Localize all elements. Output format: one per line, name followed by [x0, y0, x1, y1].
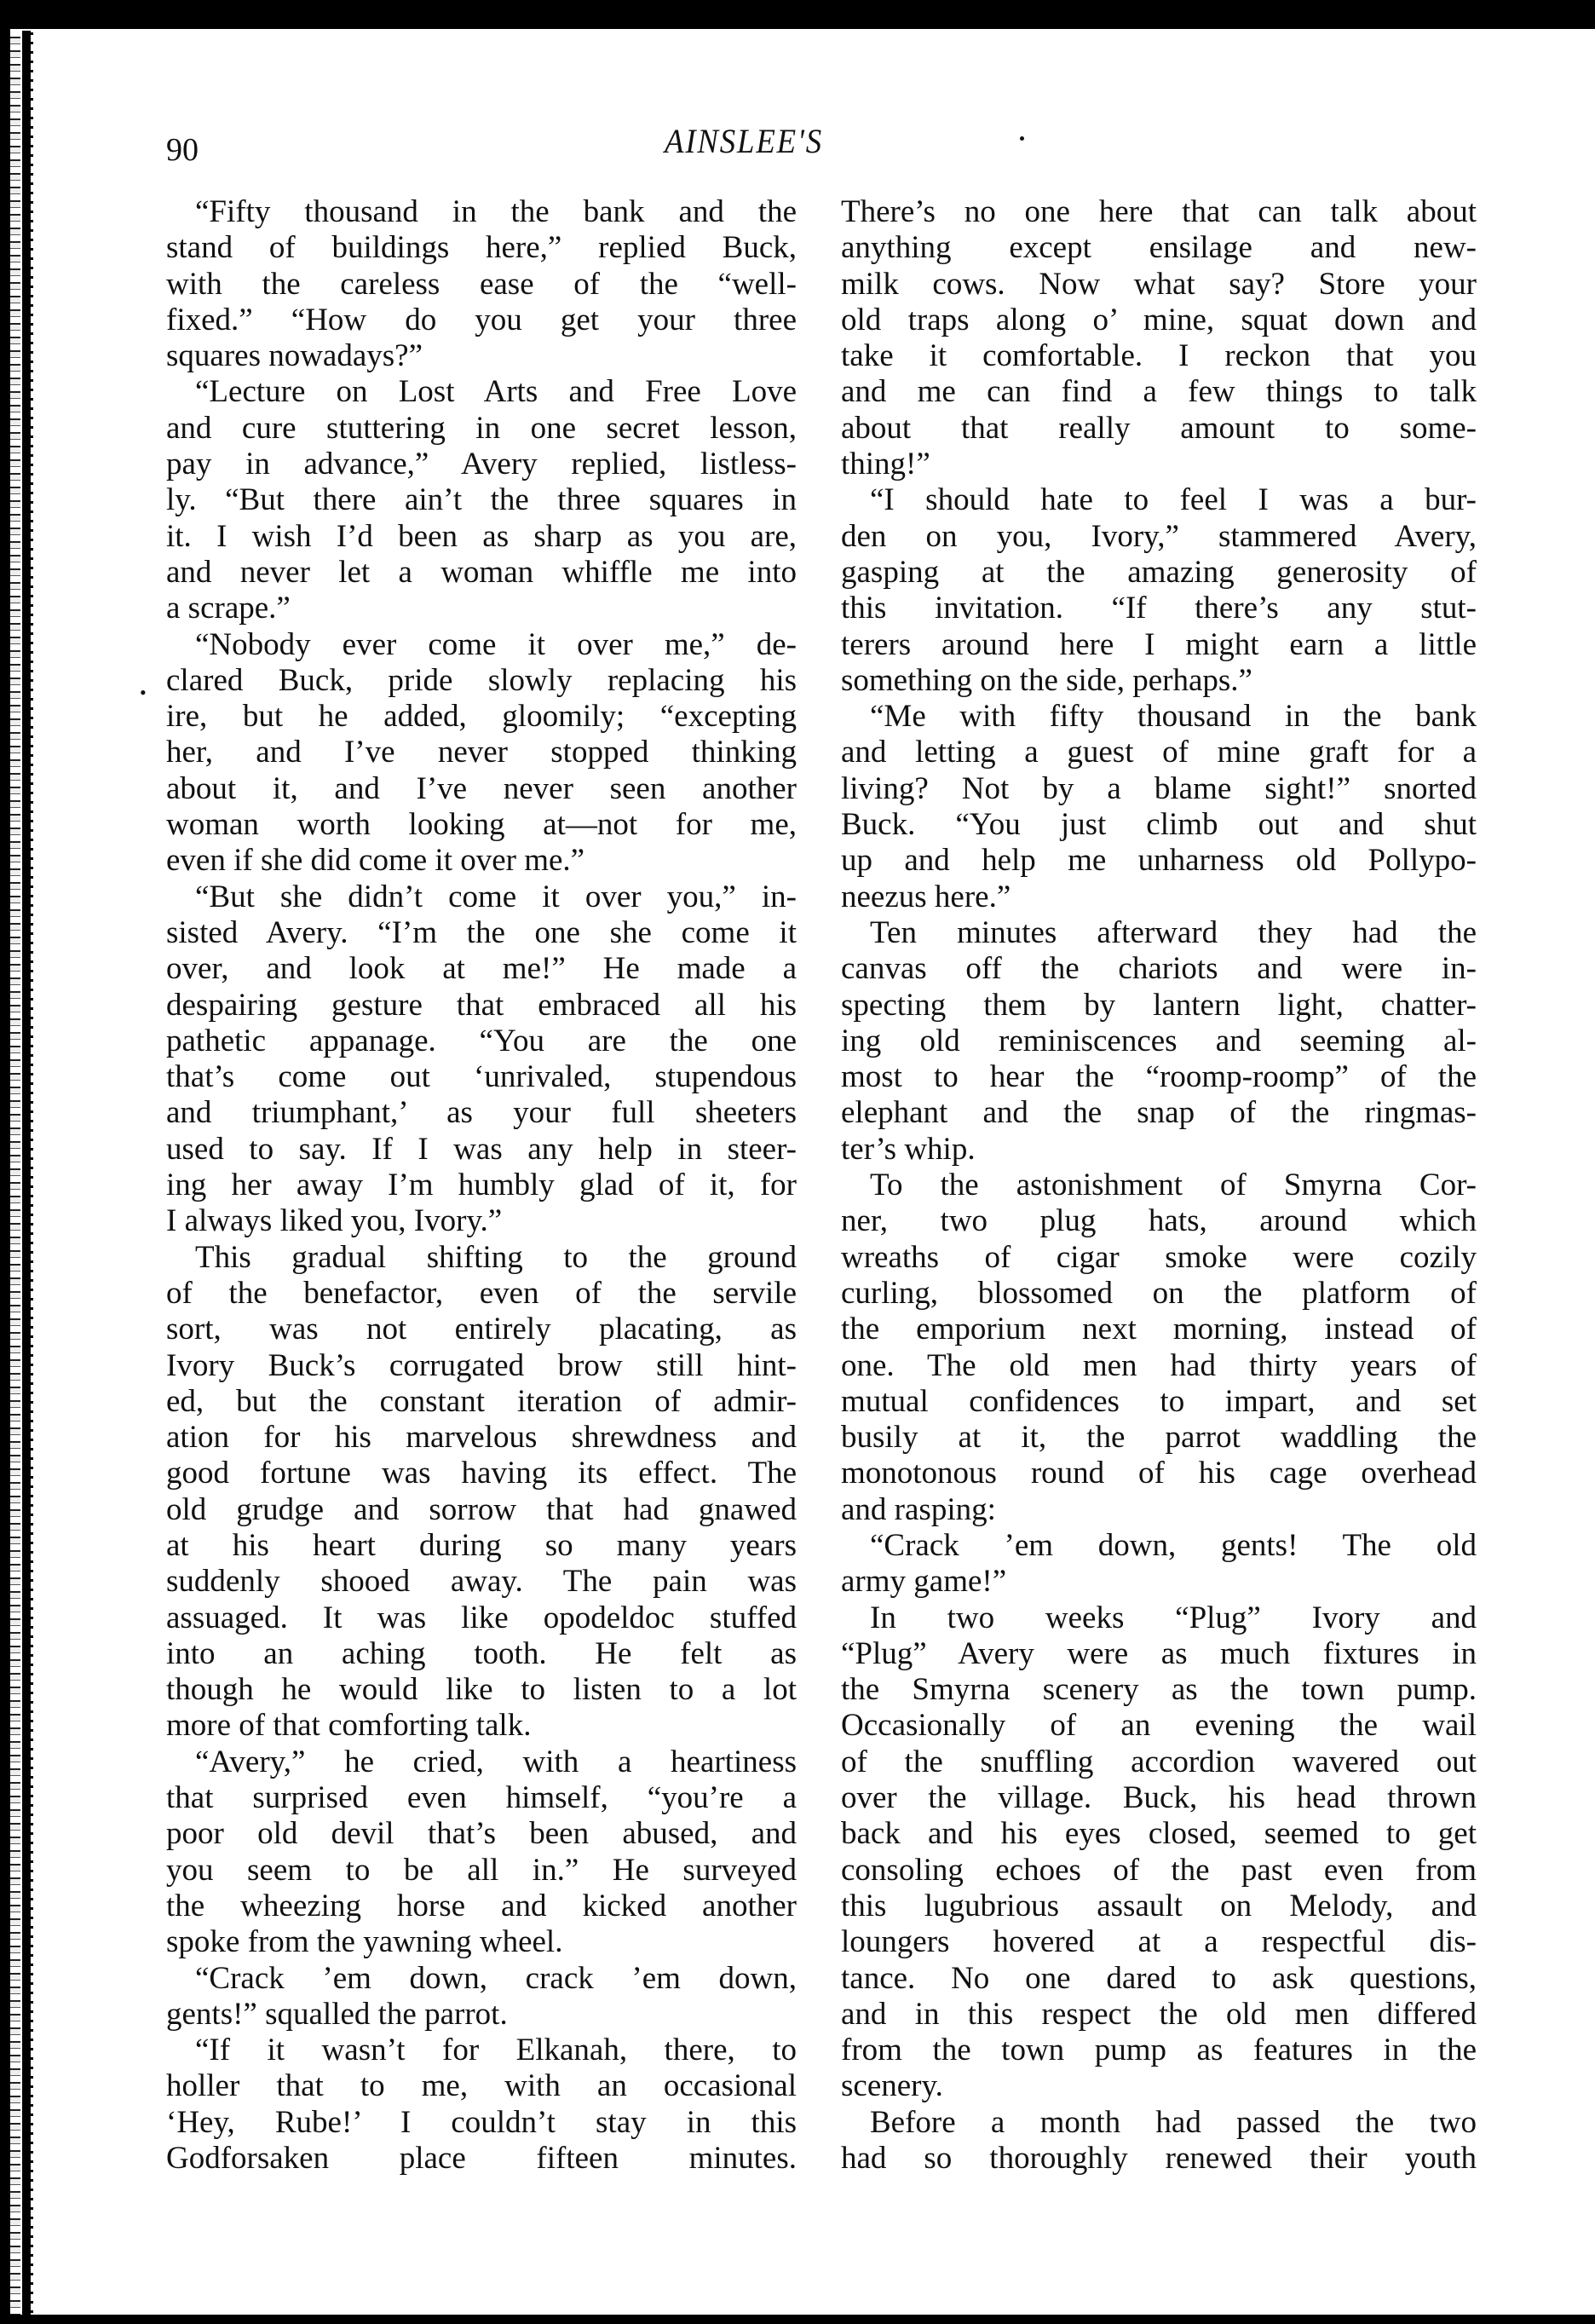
text-line: curling, blossomed on the platform of: [841, 1276, 1477, 1312]
book-binding-edge: [10, 31, 20, 2315]
text-line: consoling echoes of the past even from: [841, 1853, 1477, 1889]
running-title: AINSLEE'S: [665, 121, 823, 161]
text-line: scenery.: [841, 2068, 1477, 2104]
text-line: pathetic appanage. “You are the one: [166, 1024, 797, 1059]
text-line: from the town pump as features in the: [841, 2033, 1477, 2068]
text-line: gents!” squalled the parrot.: [166, 1997, 797, 2033]
text-line: There’s no one here that can talk about: [841, 194, 1477, 230]
text-line: it. I wish I’d been as sharp as you are,: [166, 519, 797, 555]
text-line: army game!”: [841, 1564, 1477, 1600]
text-line: of the benefactor, even of the servile: [166, 1276, 797, 1312]
text-line: ter’s whip.: [841, 1132, 1477, 1168]
text-line: one. The old men had thirty years of: [841, 1348, 1477, 1384]
scan-border-bottom: [0, 2315, 1595, 2324]
text-line: “Crack ’em down, gents! The old: [841, 1528, 1477, 1564]
text-line: In two weeks “Plug” Ivory and: [841, 1600, 1477, 1636]
text-line: Ivory Buck’s corrugated brow still hint-: [166, 1348, 797, 1384]
text-line: that’s come out ‘unrivaled, stupendous: [166, 1059, 797, 1095]
text-line: good fortune was having its effect. The: [166, 1456, 797, 1491]
text-line: her, and I’ve never stopped thinking: [166, 735, 797, 770]
text-line: Buck. “You just climb out and shut: [841, 807, 1477, 843]
text-line: up and help me unharness old Pollypo-: [841, 843, 1477, 879]
text-line: this invitation. “If there’s any stut-: [841, 591, 1477, 626]
text-line: you seem to be all in.” He surveyed: [166, 1853, 797, 1889]
text-line: ation for his marvelous shrewdness and: [166, 1420, 797, 1456]
text-line: gasping at the amazing generosity of: [841, 555, 1477, 591]
text-line: neezus here.”: [841, 879, 1477, 915]
text-line: used to say. If I was any help in steer-: [166, 1132, 797, 1168]
text-line: assuaged. It was like opodeldoc stuffed: [166, 1600, 797, 1636]
text-line: and cure stuttering in one secret lesson…: [166, 411, 797, 447]
text-line: had so thoroughly renewed their youth: [841, 2141, 1477, 2177]
text-line: though he would like to listen to a lot: [166, 1672, 797, 1708]
text-line: specting them by lantern light, chatter-: [841, 988, 1477, 1024]
text-line: old traps along o’ mine, squat down and: [841, 303, 1477, 338]
text-line: “If it wasn’t for Elkanah, there, to: [166, 2033, 797, 2068]
text-line: thing!”: [841, 447, 1477, 482]
scan-border-top: [0, 0, 1595, 29]
text-line: “Fifty thousand in the bank and the: [166, 194, 797, 230]
text-line: at his heart during so many years: [166, 1528, 797, 1564]
text-line: “Nobody ever come it over me,” de-: [166, 627, 797, 663]
text-line: “Lecture on Lost Arts and Free Love: [166, 374, 797, 410]
text-line: clared Buck, pride slowly replacing his: [166, 663, 797, 699]
text-line: tance. No one dared to ask questions,: [841, 1961, 1477, 1997]
text-line: loungers hovered at a respectful dis-: [841, 1924, 1477, 1960]
text-line: ing her away I’m humbly glad of it, for: [166, 1168, 797, 1203]
text-line: the wheezing horse and kicked another: [166, 1889, 797, 1924]
text-line: sisted Avery. “I’m the one she come it: [166, 915, 797, 951]
text-line: even if she did come it over me.”: [166, 843, 797, 879]
text-line: fixed.” “How do you get your three: [166, 303, 797, 338]
text-line: holler that to me, with an occasional: [166, 2068, 797, 2104]
text-line: suddenly shooed away. The pain was: [166, 1564, 797, 1600]
text-line: the Smyrna scenery as the town pump.: [841, 1672, 1477, 1708]
text-line: “Plug” Avery were as much fixtures in: [841, 1636, 1477, 1672]
text-line: milk cows. Now what say? Store your: [841, 267, 1477, 303]
page-number: 90: [166, 131, 199, 169]
text-line: and letting a guest of mine graft for a: [841, 735, 1477, 770]
text-line: Ten minutes afterward they had the: [841, 915, 1477, 951]
text-line: “Avery,” he cried, with a heartiness: [166, 1744, 797, 1780]
text-line: To the astonishment of Smyrna Cor-: [841, 1168, 1477, 1203]
text-line: most to hear the “roomp-roomp” of the: [841, 1059, 1477, 1095]
text-line: Before a month had passed the two: [841, 2105, 1477, 2141]
running-head: 90 AINSLEE'S: [0, 118, 1595, 169]
text-line: “Me with fifty thousand in the bank: [841, 699, 1477, 735]
text-line: ly. “But there ain’t the three squares i…: [166, 482, 797, 518]
text-line: “Crack ’em down, crack ’em down,: [166, 1961, 797, 1997]
text-line: spoke from the yawning wheel.: [166, 1924, 797, 1960]
text-line: “I should hate to feel I was a bur-: [841, 482, 1477, 518]
text-line: of the snuffling accordion wavered out: [841, 1744, 1477, 1780]
text-line: and me can find a few things to talk: [841, 374, 1477, 410]
text-line: ire, but he added, gloomily; “excepting: [166, 699, 797, 735]
text-line: pay in advance,” Avery replied, listless…: [166, 447, 797, 482]
text-line: something on the side, perhaps.”: [841, 663, 1477, 699]
text-line: stand of buildings here,” replied Buck,: [166, 230, 797, 266]
text-line: back and his eyes closed, seemed to get: [841, 1816, 1477, 1852]
text-line: a scrape.”: [166, 591, 797, 626]
text-line: woman worth looking at—not for me,: [166, 807, 797, 843]
text-line: I always liked you, Ivory.”: [166, 1203, 797, 1239]
text-line: poor old devil that’s been abused, and: [166, 1816, 797, 1852]
text-line: This gradual shifting to the ground: [166, 1240, 797, 1276]
text-line: squares nowadays?”: [166, 338, 797, 374]
text-line: ing old reminiscences and seeming al-: [841, 1024, 1477, 1059]
text-line: that surprised even himself, “you’re a: [166, 1780, 797, 1816]
text-line: Godforsaken place fifteen minutes.: [166, 2141, 797, 2177]
text-line: the emporium next morning, instead of: [841, 1312, 1477, 1347]
text-line: “But she didn’t come it over you,” in-: [166, 879, 797, 915]
text-line: and never let a woman whiffle me into: [166, 555, 797, 591]
left-column: “Fifty thousand in the bank and thestand…: [166, 194, 797, 2177]
text-line: and triumphant,’ as your full sheeters: [166, 1095, 797, 1131]
text-line: ner, two plug hats, around which: [841, 1203, 1477, 1239]
text-line: den on you, Ivory,” stammered Avery,: [841, 519, 1477, 555]
text-line: mutual confidences to impart, and set: [841, 1384, 1477, 1420]
text-line: monotonous round of his cage overhead: [841, 1456, 1477, 1491]
text-line: over, and look at me!” He made a: [166, 951, 797, 987]
page-gutter-edge: [31, 32, 33, 2313]
text-line: despairing gesture that embraced all his: [166, 988, 797, 1024]
text-line: over the village. Buck, his head thrown: [841, 1780, 1477, 1816]
text-line: into an aching tooth. He felt as: [166, 1636, 797, 1672]
text-line: living? Not by a blame sight!” snorted: [841, 771, 1477, 807]
book-binding-shadow: [22, 31, 31, 2315]
right-column: There’s no one here that can talk abouta…: [841, 194, 1477, 2177]
text-line: wreaths of cigar smoke were cozily: [841, 1240, 1477, 1276]
text-line: and in this respect the old men differed: [841, 1997, 1477, 2033]
text-line: old grudge and sorrow that had gnawed: [166, 1492, 797, 1528]
text-line: this lugubrious assault on Melody, and: [841, 1889, 1477, 1924]
text-line: about that really amount to some-: [841, 411, 1477, 447]
text-line: Occasionally of an evening the wail: [841, 1708, 1477, 1744]
text-line: take it comfortable. I reckon that you: [841, 338, 1477, 374]
scan-border-left: [0, 0, 10, 2324]
margin-mark: •: [140, 683, 147, 702]
text-line: terers around here I might earn a little: [841, 627, 1477, 663]
text-line: sort, was not entirely placating, as: [166, 1312, 797, 1347]
text-line: about it, and I’ve never seen another: [166, 771, 797, 807]
text-line: anything except ensilage and new-: [841, 230, 1477, 266]
text-line: ‘Hey, Rube!’ I couldn’t stay in this: [166, 2105, 797, 2141]
text-line: with the careless ease of the “well-: [166, 267, 797, 303]
print-speck: [1020, 136, 1024, 141]
text-line: and rasping:: [841, 1492, 1477, 1528]
text-line: canvas off the chariots and were in-: [841, 951, 1477, 987]
text-line: more of that comforting talk.: [166, 1708, 797, 1744]
text-line: busily at it, the parrot waddling the: [841, 1420, 1477, 1456]
text-line: ed, but the constant iteration of admir-: [166, 1384, 797, 1420]
text-line: elephant and the snap of the ringmas-: [841, 1095, 1477, 1131]
